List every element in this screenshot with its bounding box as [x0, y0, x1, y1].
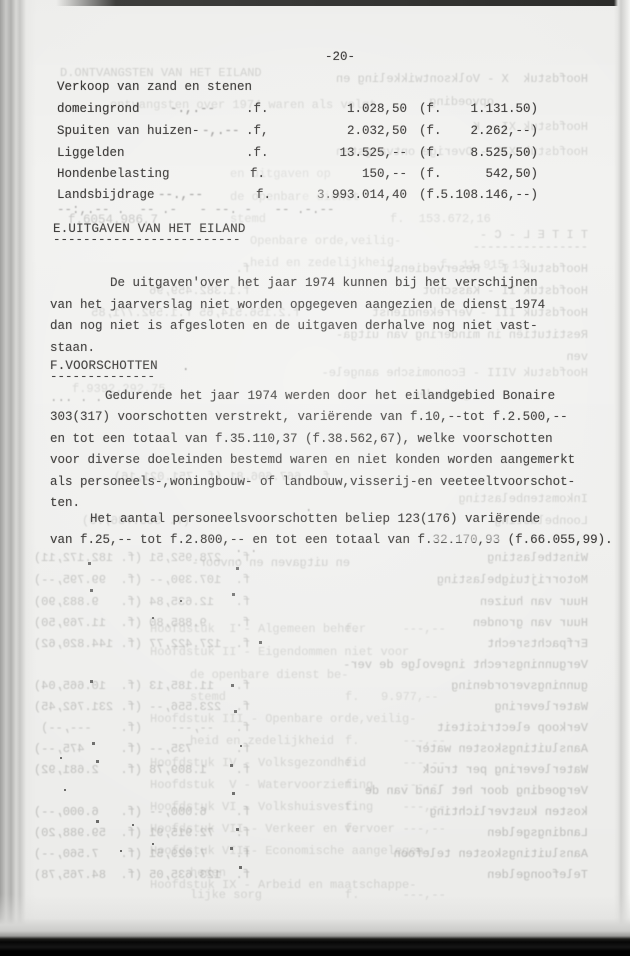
ghost-line: Hoofdstuk VIII- Economische aangelegen-	[150, 844, 431, 858]
ghost-line: Aansluitingskosten telefoon	[394, 847, 588, 861]
ink-speck	[231, 684, 234, 687]
paragraph-line: van het jaarverslag niet worden opgegeve…	[50, 298, 545, 312]
ghost-line: f. 11.185,13 (f. 10.665,04)	[34, 679, 250, 693]
ghost-line: Openbare orde,veilig-	[250, 234, 401, 248]
amount-current: 3.993.014,40	[258, 188, 407, 202]
ghost-line: f. 278.952,51 (f. 182.172,11)	[34, 551, 250, 565]
ink-smudge: .	[182, 360, 190, 374]
ghost-line: kosten kustverlichting	[430, 805, 588, 819]
ghost-line: f. ---,--	[345, 778, 446, 792]
ink-speck	[239, 866, 242, 869]
receipt-row: Spuiten van huizen--,.--.f,2.032,50(f.2.…	[0, 124, 630, 140]
receipt-label: Spuiten van huizen-	[57, 124, 200, 138]
paragraph-line: De uitgaven'over het jaar 1974 kunnen bi…	[110, 276, 538, 290]
ghost-line: f. 11.915,13	[440, 258, 526, 272]
ghost-line: Hoofdstuk III - Openbare orde,veilig-	[150, 712, 416, 726]
ghost-line: stemd	[190, 690, 226, 704]
receipt-row: Hondenbelastingf.150,--(f.542,50)	[0, 167, 630, 183]
ink-speck	[240, 745, 242, 747]
ghost-line: f. 9.977,--	[345, 690, 439, 704]
ghost-line: Hoofdstuk II - Eigendommen niet voor	[150, 645, 409, 659]
faded-ink-patch	[430, 527, 500, 542]
ghost-line: Huur van gronden	[473, 616, 588, 630]
amount-previous: 1.131.50)	[432, 102, 538, 116]
ghost-line: Inkomstenbelasting	[458, 492, 588, 506]
ink-speck	[234, 710, 237, 713]
ghost-line: heid en zedelijkheid	[190, 734, 334, 748]
ghost-line: Hoofdstuk VI - Volkshuisvesting	[150, 800, 373, 814]
paragraph-line: en tot een totaal van f.35.110,37 (f.38.…	[50, 432, 553, 446]
receipt-label: Landsbijdrage	[57, 188, 155, 202]
ghost-line: Erfpachtsrecht	[487, 637, 588, 651]
ghost-line: f. --,--- (f. ---,--)	[41, 721, 250, 735]
ink-smudge: f.6054.986,7	[68, 213, 158, 227]
ghost-line: Aansluitingskosten water	[415, 742, 588, 756]
ghost-line: f. 9.885,80 (f. 11.769,50)	[34, 616, 250, 630]
ink-speck	[96, 760, 99, 763]
ghost-line: Hoofdstuk IV - Volksgezondheid	[150, 756, 366, 770]
ghost-line: f.	[236, 262, 250, 276]
ink-speck	[230, 847, 233, 850]
ghost-line: Verkoop electriciteit	[437, 721, 588, 735]
ghost-line: f. 735,-- (f. 475,--)	[34, 742, 250, 756]
ghost-line: f. 12.635,84 (f. 9.883,90)	[34, 595, 250, 609]
ghost-line: f. 223.556,-- (f. 231.762,45)	[34, 700, 250, 714]
ghost-line: f. 7.029,51 (f. 7.560,--)	[34, 847, 250, 861]
paragraph-line: als personeels-,woningbouw- of landbouw,…	[50, 475, 575, 489]
scanned-document-page: D.ONTVANGSTEN VAN HET EILANDontvangsten …	[0, 0, 630, 956]
ink-speck	[230, 764, 233, 767]
receipt-row: Liggelden.f.13.525,--(f.8.525,50)	[0, 146, 630, 162]
receipt-label: Liggelden	[57, 146, 125, 160]
ink-speck	[90, 589, 93, 592]
ghost-line: Hoofdstuk IX - Arbeid en maatschappe-	[150, 878, 416, 892]
ghost-line: Waterlevering per truck	[422, 763, 588, 777]
ghost-line: heden	[190, 866, 226, 880]
paragraph-line: van f.25,-- tot f.2.800,-- en tot een to…	[50, 533, 613, 547]
receipt-label: Hondenbelasting	[57, 167, 170, 181]
receipt-label: domeingrond	[57, 102, 140, 116]
receipts-table-header: Verkoop van zand en stenen	[57, 80, 252, 94]
ghost-line: D.ONTVANGSTEN VAN HET EILAND	[60, 66, 262, 80]
ink-speck	[236, 828, 239, 831]
ghost-line: f. 107.390,-- (f. 99.795,--)	[34, 573, 250, 587]
book-spine-edge	[0, 0, 36, 956]
ghost-line: f. 6.000,-- (f. 6.000,--)	[34, 805, 250, 819]
paragraph-line: voor diverse doeleinden bestemd waren en…	[50, 453, 575, 467]
ghost-line: f. ---,--	[345, 822, 446, 836]
ghost-line: gunningsverordening	[451, 679, 588, 693]
ink-smudge: -.,.--	[170, 102, 215, 116]
amount-current: 13.525,--	[258, 146, 407, 160]
ink-speck	[152, 843, 154, 845]
ghost-line: f. ---,--	[345, 734, 446, 748]
amount-previous: 2.262,--)	[432, 124, 538, 138]
ink-speck	[180, 600, 182, 602]
scan-bottom-edge	[0, 894, 630, 956]
amount-previous: 8.525,50)	[432, 146, 538, 160]
ink-speck	[96, 820, 99, 823]
paragraph-line: 303(317) voorschotten verstrekt, variëre…	[50, 410, 568, 424]
ghost-line: f. 1.809,78 (f. 2.681,92)	[34, 763, 250, 777]
ink-smudge: . .	[235, 542, 258, 556]
ghost-line: ven	[566, 350, 588, 364]
ghost-line: f. 127.422,77 (f. 144.820,62)	[34, 637, 250, 651]
page-number: -20-	[325, 50, 355, 64]
ink-speck	[92, 742, 95, 745]
ghost-line: f. 153.672,16	[390, 212, 491, 226]
ink-speck	[236, 567, 239, 570]
receipt-row: domeingrond-.,.--.f.1.028,50(f.1.131.50)	[0, 102, 630, 118]
amount-previous: 542,50)	[432, 167, 538, 181]
paragraph-line: Gedurende het jaar 1974 werden door het …	[105, 389, 555, 403]
faded-ink-patch	[300, 188, 330, 202]
ink-speck	[60, 757, 62, 759]
ghost-line: f. ---,--	[345, 756, 446, 770]
ghost-line: Telefoongelden	[487, 868, 588, 882]
ink-smudge: --.,--	[158, 188, 203, 202]
paragraph-line: Het aantal personeelsvoorschotten beliep…	[90, 512, 540, 526]
ghost-line: f. ---,--	[345, 622, 446, 636]
ink-speck	[64, 789, 66, 791]
ink-speck	[259, 641, 262, 644]
ink-smudge: ... . .	[50, 391, 103, 405]
ghost-line: en uitgaven en onvoor-	[192, 556, 350, 570]
section-e-underline: -------------------------	[53, 233, 241, 247]
ghost-line: Hoofdstuk VIII - Economische aangele-	[322, 366, 588, 380]
ink-speck	[120, 850, 122, 852]
ghost-line: T I T E L - C -	[480, 228, 588, 242]
ghost-line: f. 72.915,91 (f. 59.988,20)	[34, 826, 250, 840]
ink-speck	[88, 562, 91, 565]
ghost-line: Hoofdstuk I - Reservedienst	[386, 262, 588, 276]
scan-top-edge	[56, 0, 630, 6]
page-right-edge	[614, 0, 630, 956]
paragraph-line: ten.	[50, 496, 80, 510]
amount-current: 2.032,50	[258, 124, 407, 138]
ghost-line: Hoofdstuk V - Watervoorziening	[150, 778, 373, 792]
ghost-line: heid en zedelijkheid	[250, 256, 394, 270]
ink-smudge: -,.--	[202, 124, 240, 138]
paragraph-line: staan.	[50, 341, 95, 355]
ink-smudge: .	[305, 501, 313, 515]
ink-speck	[152, 617, 154, 619]
section-f-underline: --------------	[50, 370, 155, 384]
ghost-line: Hoofdstuk I - Algemeen beheer	[150, 622, 366, 636]
amount-current: 150,--	[258, 167, 407, 181]
ghost-line: Landingsgelden	[487, 826, 588, 840]
ink-speck	[232, 792, 235, 795]
ghost-line: Vergunningsrecht ingevolge de ver-	[343, 658, 588, 672]
ghost-line: Hoofdstuk X - Volksontwikkeling en	[336, 72, 588, 86]
ghost-line: de openbare dienst be-	[190, 668, 348, 682]
amount-current: 1.028,50	[258, 102, 407, 116]
ghost-line: Vergoeding door het land van de	[365, 784, 588, 798]
ghost-line: f. 123.635,05 (f. 84.765,78)	[34, 868, 250, 882]
ghost-line: Winstbelasting	[487, 551, 588, 565]
ghost-line: ----------------	[473, 240, 588, 254]
ghost-line: Waterlevering	[494, 700, 588, 714]
ghost-line: Motorrijtuigbelasting	[437, 573, 588, 587]
ghost-line: Hoofdstuk VII - Verkeer en vervoer	[150, 822, 395, 836]
amount-previous: 5.108.146,--)	[432, 188, 538, 202]
ink-speck	[232, 593, 235, 596]
ghost-line: Huur van huizen	[480, 595, 588, 609]
ink-speck	[132, 824, 134, 826]
ghost-line: f. ---,--	[345, 800, 446, 814]
ink-speck	[90, 680, 93, 683]
paragraph-line: dan nog niet is afgesloten en de uitgave…	[50, 319, 538, 333]
